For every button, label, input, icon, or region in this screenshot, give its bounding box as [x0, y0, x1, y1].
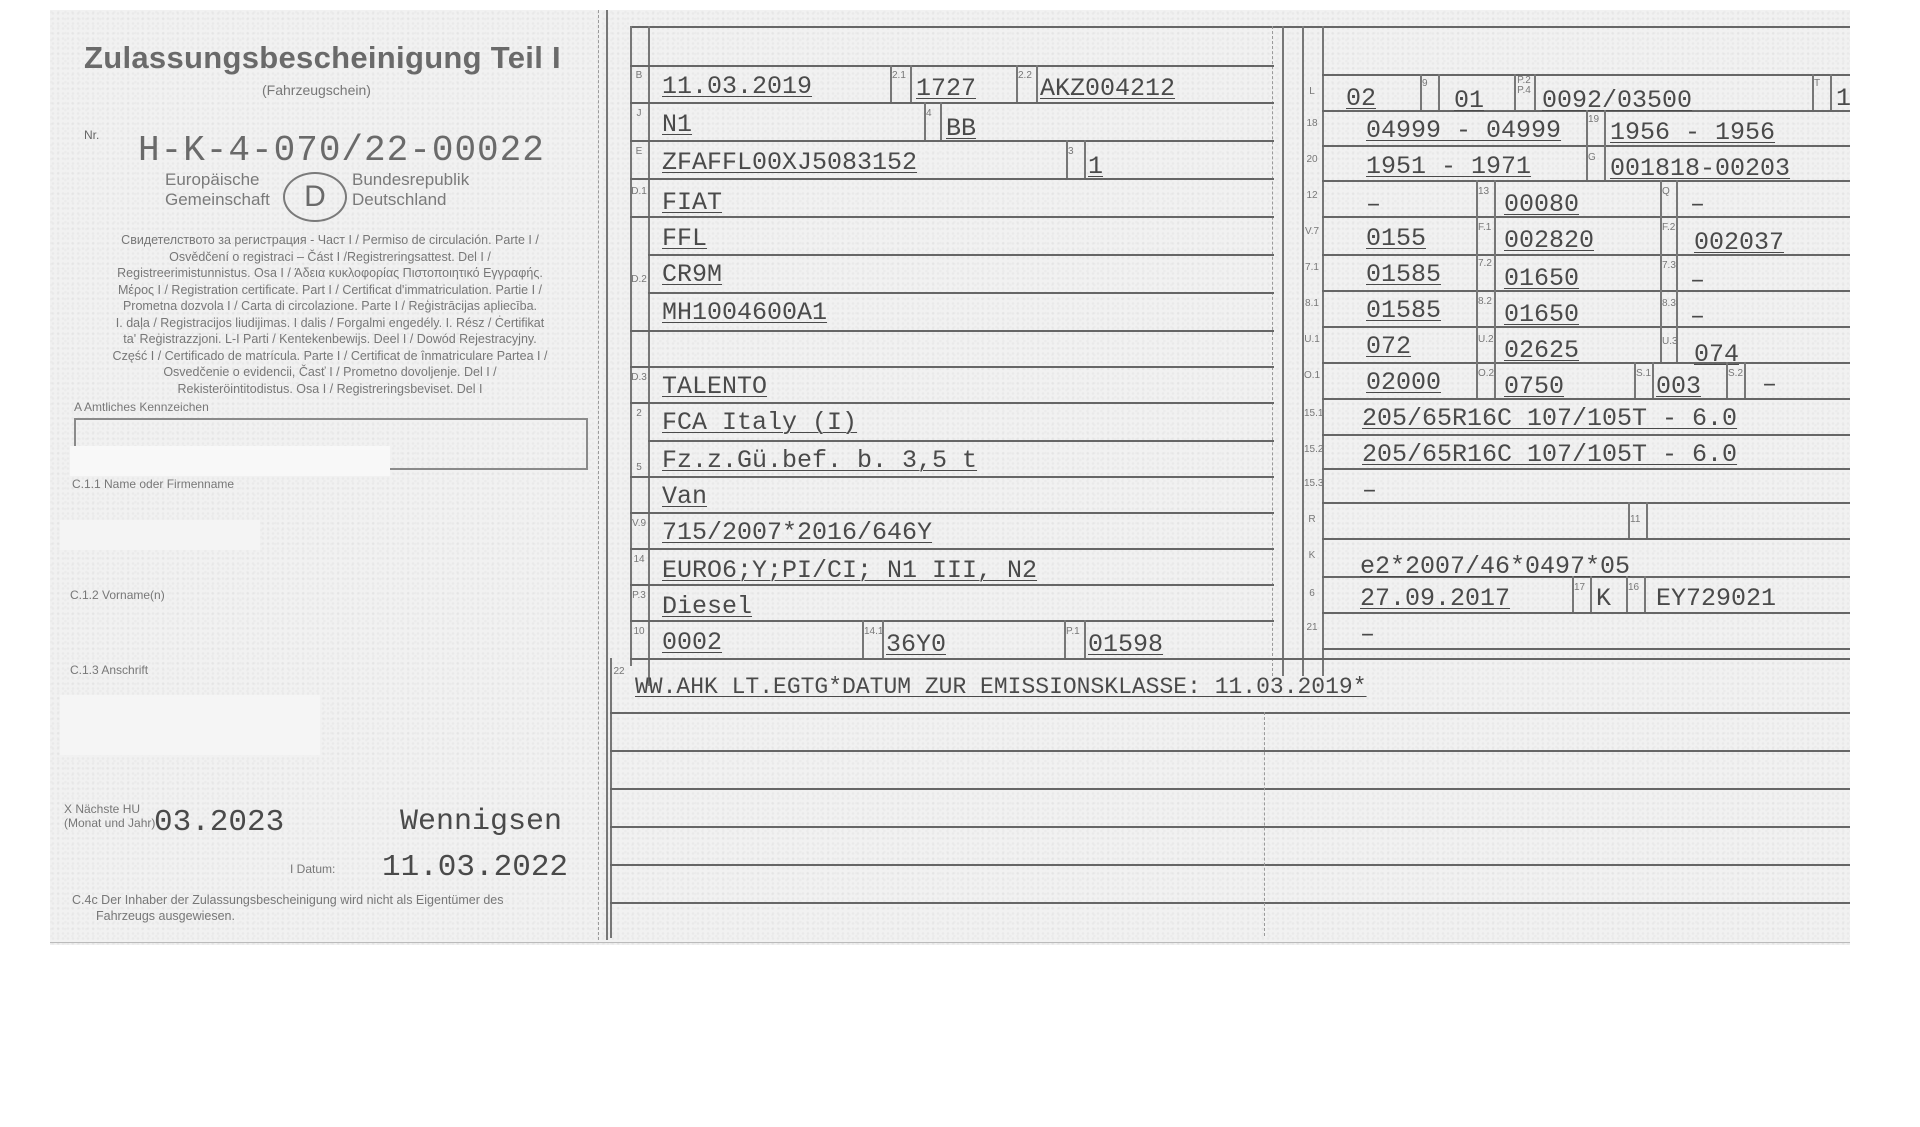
- form-rule-line: [1322, 502, 1850, 504]
- form-rule-line: [1830, 74, 1832, 110]
- code-Q: Q: [1662, 186, 1670, 197]
- emission-code: 36Y0: [886, 630, 946, 659]
- form-rule-line: [1676, 180, 1678, 362]
- axle-count: 02: [1346, 84, 1376, 113]
- code-14: 14: [632, 554, 646, 565]
- multilingual-line: Osvědčení o registraci – Část I /Registr…: [70, 249, 590, 266]
- form-rule-line: [1322, 434, 1850, 436]
- form-rule-line: [1322, 74, 1850, 76]
- length: 04999 - 04999: [1366, 116, 1561, 145]
- vehicle-type-line1: Fz.z.Gü.bef. b. 3,5 t: [662, 446, 977, 475]
- multilingual-line: Rekisteröintitodistus. Osa I / Registrer…: [70, 381, 590, 398]
- code-S2: S.2: [1728, 368, 1743, 379]
- code-17: 17: [1574, 582, 1585, 593]
- column-divider: [1272, 26, 1273, 676]
- operating-permit-code: K: [1596, 584, 1611, 613]
- multilingual-line: ta' Reġistrazzjoni. L-I Parti / Kenteken…: [70, 331, 590, 348]
- make: FIAT: [662, 188, 722, 217]
- tank-volume: –: [1366, 190, 1381, 219]
- label-firstname: C.1.2 Vorname(n): [70, 588, 165, 602]
- country-code-oval-icon: D: [283, 172, 347, 222]
- issuing-place: Wennigsen: [400, 805, 562, 839]
- unbraked-trailer-load: 0750: [1504, 372, 1564, 401]
- eu-label: Europäische Gemeinschaft: [165, 170, 270, 210]
- code-15-1: 15.1: [1304, 408, 1320, 419]
- manufacturer-code: 1727: [916, 74, 976, 103]
- code-7-1: 7.1: [1304, 262, 1320, 273]
- form-rule-line: [610, 864, 1850, 866]
- first-registration-date: 11.03.2019: [662, 72, 812, 101]
- form-rule-line: [610, 658, 612, 938]
- type-variant-code: AKZ004212: [1040, 74, 1175, 103]
- code-2-1: 2.1: [892, 70, 906, 81]
- axle-load-3: –: [1690, 266, 1705, 295]
- code-5: 5: [632, 462, 646, 473]
- multilingual-line: I. daļa / Registracijos liudijimas. I da…: [70, 315, 590, 332]
- redaction: [70, 446, 390, 476]
- form-rule-line: [1534, 74, 1536, 110]
- document-title: Zulassungsbescheinigung Teil I: [84, 40, 561, 76]
- version-line: MH1004600A1: [662, 298, 827, 327]
- form-rule-line: [610, 712, 1850, 714]
- displacement: 01598: [1088, 630, 1163, 659]
- registration-certificate-scan: Zulassungsbescheinigung Teil I (Fahrzeug…: [50, 10, 1850, 945]
- drive-by-noise: 074: [1694, 340, 1739, 369]
- code-V7: V.7: [1304, 226, 1320, 237]
- permitted-axle-load-3: –: [1690, 302, 1705, 331]
- multilingual-line: Część I / Certificado de matrícula. Part…: [70, 348, 590, 365]
- other-notes: –: [1360, 620, 1375, 649]
- form-rule-line: [1644, 576, 1646, 612]
- max-permitted-mass: 002037: [1694, 228, 1784, 257]
- fuel-type: Diesel: [662, 592, 752, 621]
- form-rule-line: [610, 750, 1850, 752]
- form-rule-line: [1084, 620, 1086, 658]
- code-7-2: 7.2: [1478, 258, 1492, 269]
- code-G: G: [1588, 152, 1596, 163]
- document-number: H-K-4-070/22-00022: [138, 130, 545, 171]
- code-12: 12: [1304, 190, 1320, 201]
- code-D2: D.2: [631, 274, 647, 285]
- emission-class: EURO6;Y;PI/CI; N1 III, N2: [662, 556, 1037, 585]
- label-address: C.1.3 Anschrift: [70, 663, 148, 677]
- axle-load-1: 01585: [1366, 260, 1441, 289]
- label-next-hu-line1: X Nächste HU: [64, 802, 155, 816]
- power-weight-ratio: –: [1690, 190, 1705, 219]
- code-D1: D.1: [631, 186, 647, 197]
- remarks: WW.AHK LT.EGTG*DATUM ZUR EMISSIONSKLASSE…: [635, 674, 1367, 700]
- country-label: Bundesrepublik Deutschland: [352, 170, 469, 210]
- code-K: K: [1304, 550, 1320, 561]
- holder-panel: Zulassungsbescheinigung Teil I (Fahrzeug…: [50, 10, 590, 945]
- code-L: L: [1304, 86, 1320, 97]
- form-rule-line: [610, 788, 1850, 790]
- form-rule-line: [630, 512, 1274, 514]
- code-22: 22: [612, 666, 626, 677]
- standing-places: –: [1762, 370, 1777, 399]
- permitted-axle-load-1: 01585: [1366, 296, 1441, 325]
- code-T: T: [1814, 78, 1820, 89]
- form-rule-line: [1264, 712, 1265, 936]
- form-rule-line: [648, 254, 1274, 256]
- code-2: 2: [632, 408, 646, 419]
- form-rule-line: [1646, 502, 1648, 538]
- code-U2: U.2: [1478, 334, 1494, 345]
- form-rule-line: [630, 178, 1274, 180]
- code-F1: F.1: [1478, 222, 1491, 233]
- form-rule-line: [882, 620, 884, 658]
- tyres-axle-3: –: [1362, 476, 1377, 505]
- width: 1956 - 1956: [1610, 118, 1775, 147]
- owner-disclaimer: C.4c Der Inhaber der Zulassungsbescheini…: [72, 892, 503, 924]
- label-next-hu-line2: (Monat und Jahr): [64, 816, 155, 830]
- disclaimer-line1: C.4c Der Inhaber der Zulassungsbescheini…: [72, 892, 503, 908]
- issue-date: 11.03.2022: [382, 850, 568, 885]
- country-line2: Deutschland: [352, 190, 469, 210]
- part-2-number: EY729021: [1656, 584, 1776, 613]
- code-F2: F.2: [1662, 222, 1675, 233]
- code-19: 19: [1588, 114, 1599, 125]
- code-16: 16: [1628, 582, 1639, 593]
- braked-trailer-load: 02000: [1366, 368, 1441, 397]
- form-rule-line: [610, 902, 1850, 904]
- variant-line: CR9M: [662, 260, 722, 289]
- manufacturer: FCA Italy (I): [662, 408, 857, 437]
- disclaimer-line2: Fahrzeugs ausgewiesen.: [72, 908, 503, 924]
- max-speed: 1: [1836, 84, 1851, 113]
- number-label: Nr.: [84, 128, 99, 142]
- code-P2-P4: P.2 P.4: [1516, 76, 1532, 96]
- label-name: C.1.1 Name oder Firmenname: [72, 477, 234, 491]
- form-rule-line: [1084, 140, 1086, 178]
- emission-regulation: 715/2007*2016/646Y: [662, 518, 932, 547]
- code-B: B: [632, 70, 646, 81]
- form-rule-line: [1494, 362, 1496, 398]
- code-3: 3: [1068, 146, 1074, 157]
- code-S1: S.1: [1636, 368, 1651, 379]
- label-date: I Datum:: [290, 862, 335, 876]
- code-J: J: [632, 108, 646, 119]
- seats: 003: [1656, 372, 1701, 401]
- height: 1951 - 1971: [1366, 152, 1531, 181]
- label-plate: A Amtliches Kennzeichen: [74, 400, 209, 414]
- axle-load-2: 01650: [1504, 264, 1579, 293]
- power-rpm: 0092/03500: [1542, 86, 1692, 115]
- form-rule-line: [940, 102, 942, 140]
- form-rule-line: [648, 292, 1274, 294]
- form-rule-line: [630, 330, 1274, 332]
- form-rule-line: [630, 548, 1274, 550]
- form-rule-line: [630, 216, 1274, 218]
- code-9: 9: [1422, 78, 1428, 89]
- code-column-border: [630, 26, 632, 666]
- form-rule-line: [630, 402, 1274, 404]
- max-technical-mass: 002820: [1504, 226, 1594, 255]
- form-rule-line: [1494, 180, 1496, 362]
- form-rule-line: [910, 65, 912, 102]
- form-rule-line: [1660, 180, 1662, 362]
- code-6: 6: [1304, 588, 1320, 599]
- code-column-border: [648, 26, 650, 686]
- tyres-axle-1: 205/65R16C 107/105T - 6.0: [1362, 404, 1737, 433]
- form-rule-line: [1322, 362, 1850, 364]
- stationary-noise: 072: [1366, 332, 1411, 361]
- multilingual-line: Registreerimistunnistus. Osa I / Άδεια κ…: [70, 265, 590, 282]
- support-load: 00080: [1504, 190, 1579, 219]
- code-11: 11: [1630, 514, 1640, 525]
- type-line: FFL: [662, 224, 707, 253]
- code-P1: P.1: [1066, 626, 1080, 637]
- form-rule-line: [1322, 648, 1850, 650]
- form-rule-line: [648, 440, 1274, 442]
- code-V9: V.9: [631, 518, 647, 529]
- engine-speed-noise: 02625: [1504, 336, 1579, 365]
- form-rule-line: [50, 942, 1850, 943]
- code-13: 13: [1478, 186, 1489, 197]
- code-7-3: 7.3: [1662, 260, 1676, 271]
- form-rule-line: [1744, 362, 1746, 398]
- column-divider: [1322, 26, 1324, 676]
- code-R: R: [1304, 514, 1320, 525]
- vehicle-type-line2: Van: [662, 482, 707, 511]
- form-rule-line: [1590, 576, 1592, 612]
- code-O1: O.1: [1304, 370, 1320, 381]
- form-rule-line: [630, 366, 1274, 368]
- code-4: 4: [926, 108, 932, 119]
- multilingual-line: Свидетелството за регистрация - Част I /…: [70, 232, 590, 249]
- code-15-2: 15.2: [1304, 444, 1320, 455]
- form-rule-line: [610, 826, 1850, 828]
- eu-label-line1: Europäische: [165, 170, 270, 190]
- document-subtitle: (Fahrzeugschein): [262, 82, 371, 98]
- code-D3: D.3: [631, 372, 647, 383]
- column-divider: [1282, 26, 1284, 676]
- multilingual-line: Prometna dozvola I / Carta di circolazio…: [70, 298, 590, 315]
- code-U3: U.3: [1662, 336, 1678, 347]
- form-rule-line: [1036, 65, 1038, 102]
- fold-line: [598, 10, 599, 940]
- multilingual-line: Μέρος I / Registration certificate. Part…: [70, 282, 590, 299]
- form-rule-line: [630, 658, 1850, 660]
- code-10: 10: [632, 626, 646, 637]
- top-border: [630, 26, 1850, 28]
- code-21: 21: [1304, 622, 1320, 633]
- code-8-1: 8.1: [1304, 298, 1320, 309]
- vehicle-class: N1: [662, 110, 692, 139]
- co2-emission: 0155: [1366, 224, 1426, 253]
- country-line1: Bundesrepublik: [352, 170, 469, 190]
- form-rule-line: [1322, 326, 1850, 328]
- vin-check-digit: 1: [1088, 152, 1103, 181]
- code-O2: O.2: [1478, 368, 1494, 379]
- eu-label-line2: Gemeinschaft: [165, 190, 270, 210]
- redaction: [60, 520, 260, 550]
- form-rule-line: [1652, 362, 1654, 398]
- body-type: BB: [946, 114, 976, 143]
- code-U1: U.1: [1304, 334, 1320, 345]
- form-rule-line: [630, 65, 1274, 67]
- code-20: 20: [1304, 154, 1320, 165]
- code-P3: P.3: [631, 590, 647, 601]
- code-2-2: 2.2: [1018, 70, 1032, 81]
- form-rule-line: [1438, 74, 1440, 110]
- drive-axles: 01: [1454, 86, 1484, 115]
- multilingual-line: Osvedčenie o evidencii, Časť I / Prometn…: [70, 364, 590, 381]
- code-18: 18: [1304, 118, 1320, 129]
- mass-in-service: 001818-00203: [1610, 154, 1790, 183]
- form-rule-line: [1322, 538, 1850, 540]
- next-hu-value: 03.2023: [154, 805, 284, 840]
- code-14-1: 14.1: [864, 626, 883, 637]
- code-15-3: 15.3: [1304, 478, 1320, 489]
- multilingual-titles: Свидетелството за регистрация - Част I /…: [70, 232, 590, 397]
- trade-name: TALENTO: [662, 372, 767, 401]
- code-8-2: 8.2: [1478, 296, 1492, 307]
- fuel-code: 0002: [662, 628, 722, 657]
- permitted-axle-load-2: 01650: [1504, 300, 1579, 329]
- form-rule-line: [1322, 290, 1850, 292]
- tyres-axle-2: 205/65R16C 107/105T - 6.0: [1362, 440, 1737, 469]
- label-next-hu: X Nächste HU (Monat und Jahr): [64, 802, 155, 830]
- form-rule-line: [1604, 110, 1606, 180]
- fold-line: [606, 10, 608, 940]
- code-8-3: 8.3: [1662, 298, 1676, 309]
- form-rule-line: [630, 476, 1274, 478]
- form-rule-line: [1322, 216, 1850, 218]
- type-approval-date: 27.09.2017: [1360, 584, 1510, 613]
- vin: ZFAFFL00XJ5083152: [662, 148, 917, 177]
- code-E: E: [632, 146, 646, 157]
- redaction: [60, 695, 320, 755]
